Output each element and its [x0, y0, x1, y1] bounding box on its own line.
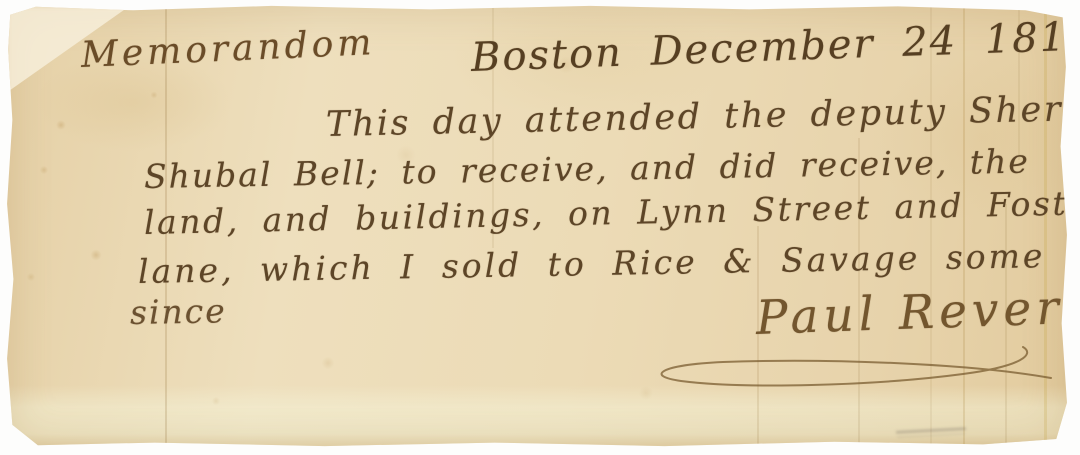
manuscript-paper: Memorandom Boston December 24 1813. This…: [6, 5, 1068, 447]
memo-body-line: since: [130, 291, 227, 332]
memo-dateline: Boston December 24 1813.: [470, 13, 1080, 81]
paper-crease: [963, 5, 965, 447]
signature-flourish: [651, 345, 1057, 393]
memo-body-line: lane, which I sold to Rice & Savage some…: [138, 234, 1080, 291]
memo-signature: Paul Revere: [755, 279, 1080, 346]
paper-crease: [1044, 5, 1047, 447]
memo-body-line: This day attended the deputy Sherriff: [326, 88, 1080, 145]
paper-crease: [930, 5, 932, 447]
memo-heading: Memorandom: [80, 22, 376, 76]
pencil-mark: [896, 427, 966, 434]
